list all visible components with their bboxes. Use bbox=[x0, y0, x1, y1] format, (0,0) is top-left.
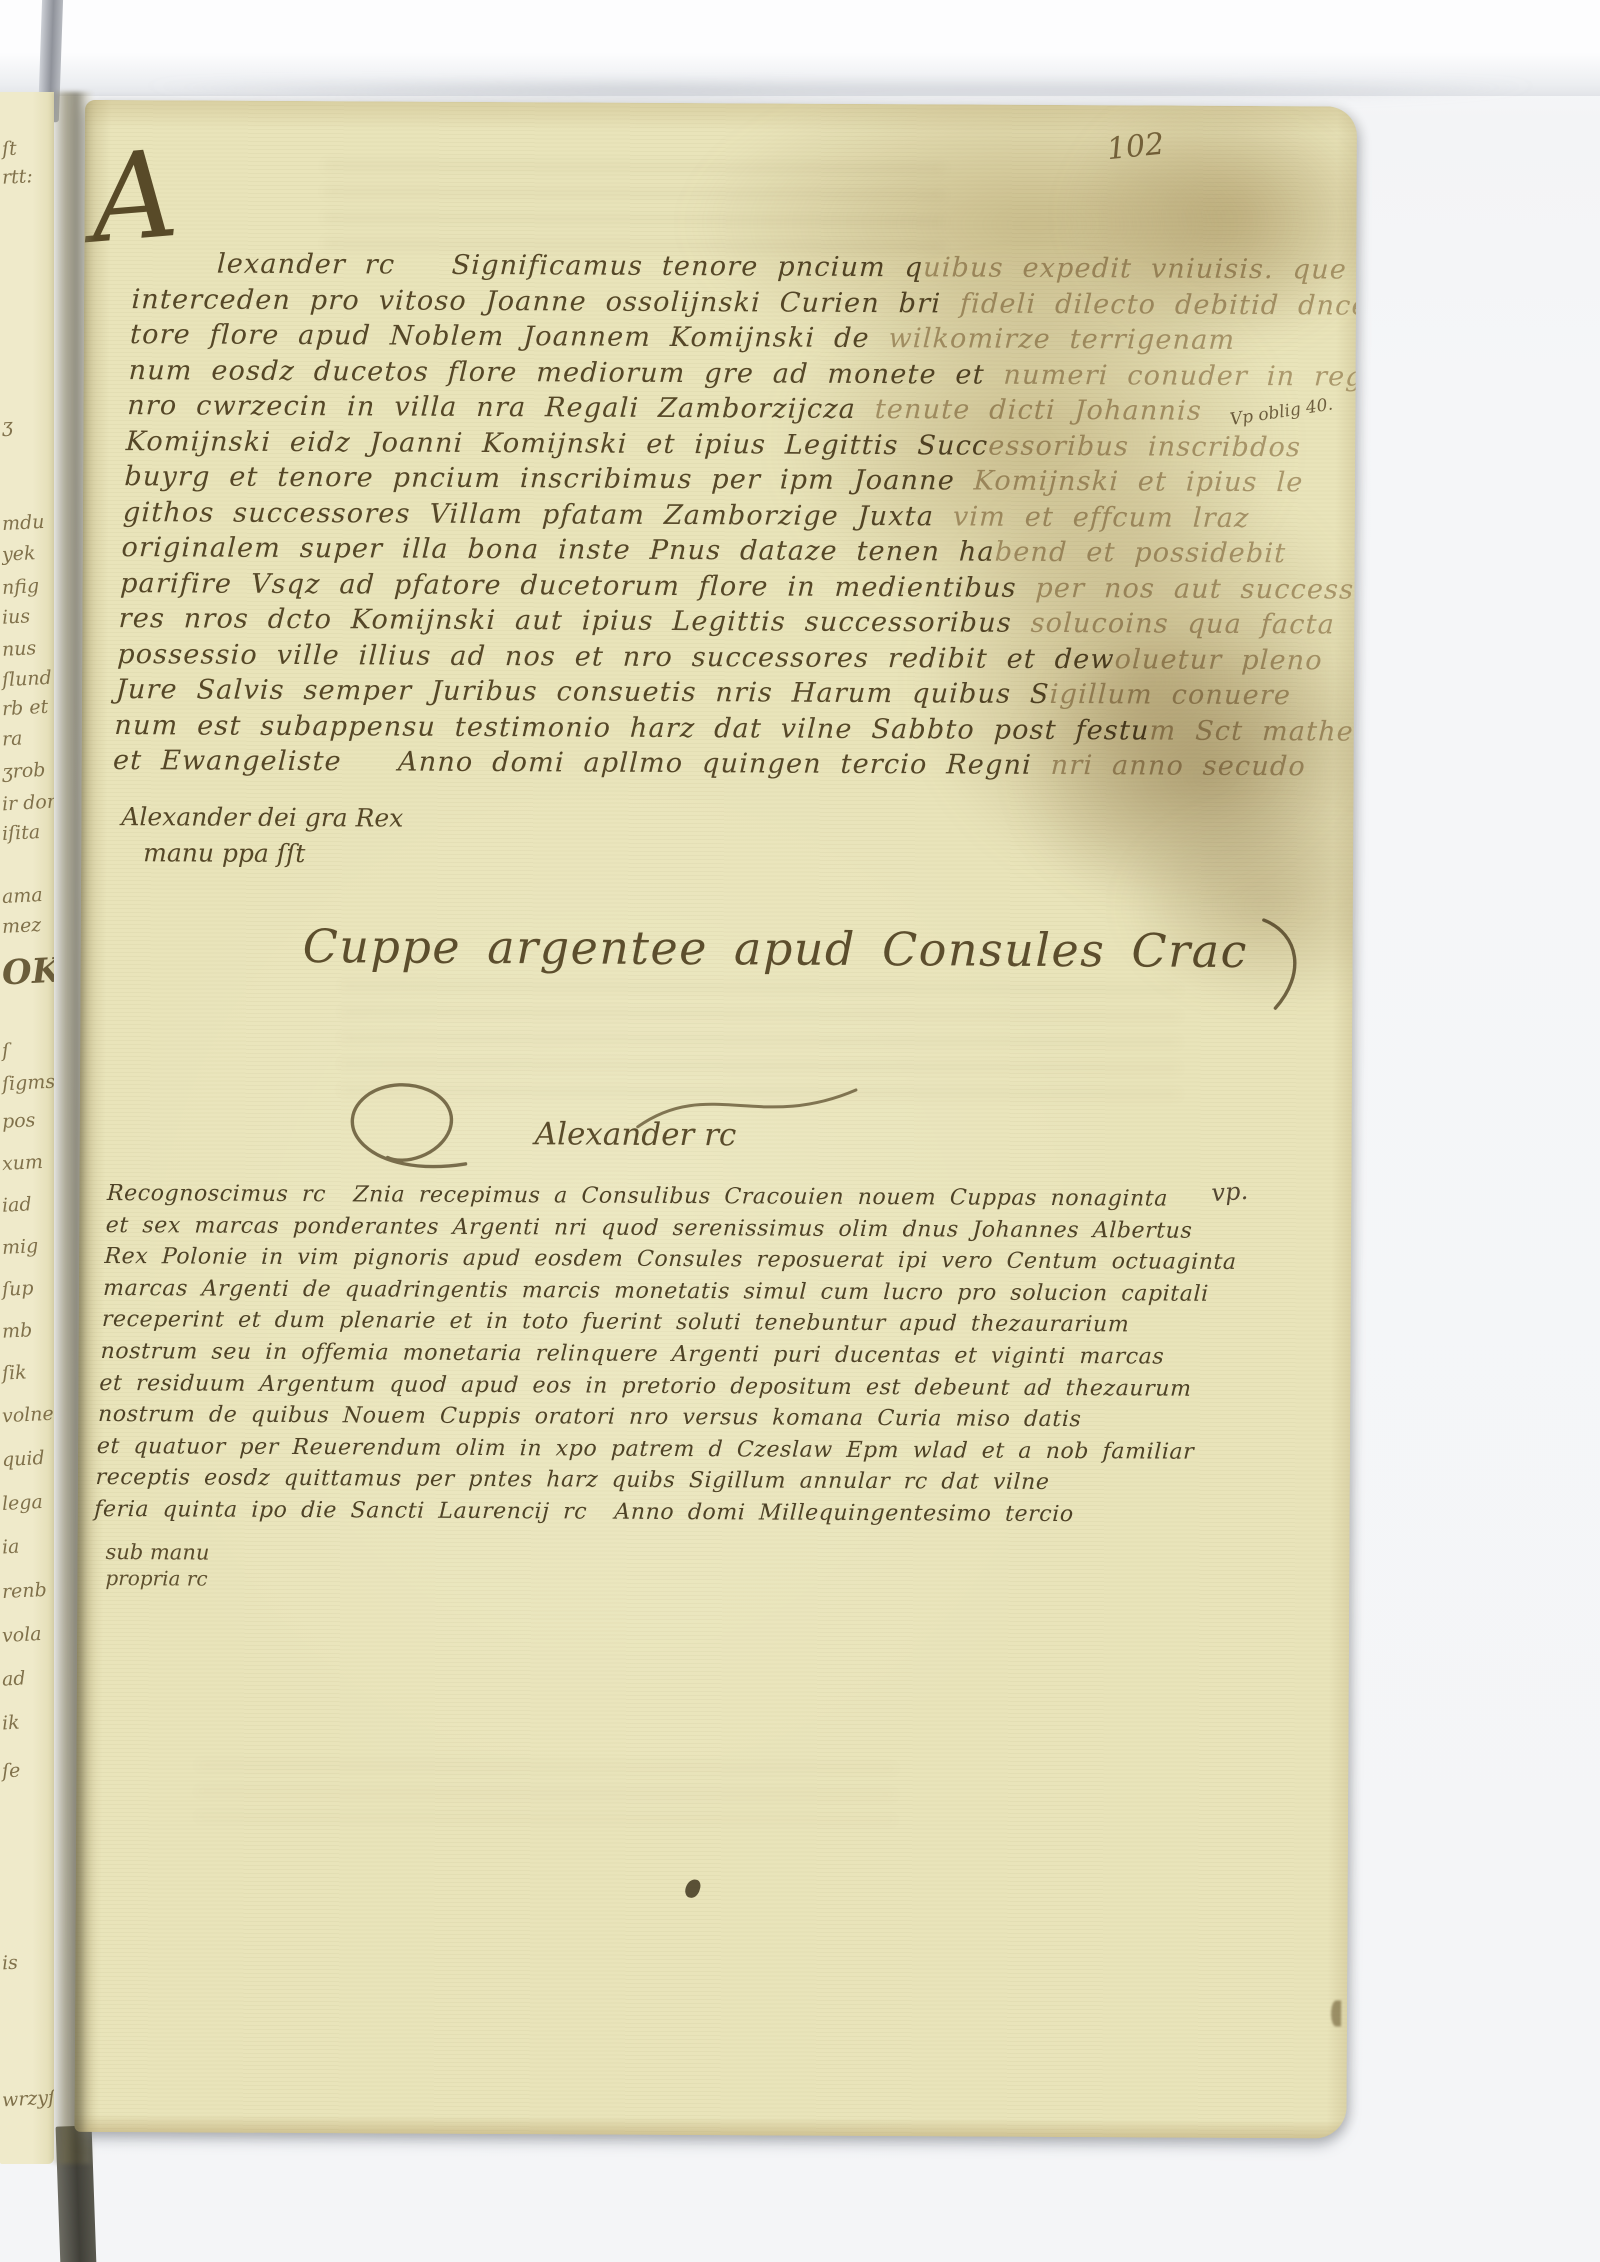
section-heading: Cuppe argentee apud Consules Crac bbox=[302, 919, 1318, 1012]
facing-page-text-fragment: ſt bbox=[1, 138, 17, 161]
facing-page-text-fragment: ſik bbox=[1, 1361, 27, 1384]
line-text: et residuum Argentum quod apud eos in pr… bbox=[99, 1371, 1192, 1402]
ink-blot bbox=[683, 1878, 702, 1900]
facing-page-text-fragment: mb bbox=[1, 1319, 32, 1343]
line-faded-text: per nos aut successo bbox=[1035, 572, 1357, 605]
line-text: buyrg et tenore pncium inscribimus per i… bbox=[124, 461, 975, 496]
line-text: nostrum seu in offemia monetaria relinqu… bbox=[100, 1339, 1165, 1370]
line-text: nostrum de quibus Nouem Cuppis oratori n… bbox=[98, 1402, 1082, 1432]
facing-page-text-fragment: ik bbox=[1, 1712, 20, 1735]
line-text: num est subappensu testimonio harz dat v… bbox=[114, 710, 1150, 746]
line-faded-text: fideli dilecto debitid dncen bbox=[959, 288, 1357, 321]
line-faded-text: essoribus inscribdos bbox=[988, 430, 1302, 463]
facing-page-text-fragment: ir dor bbox=[1, 791, 54, 816]
facing-page-text-fragment: rb et bbox=[1, 696, 48, 720]
line-faded-text: igillum conuere bbox=[1049, 679, 1292, 711]
scanner-top-band bbox=[0, 0, 1600, 96]
facing-page-text-fragment: mdu bbox=[1, 511, 45, 535]
manuscript-line: feria quinta ipo die Sancti Laurencij rc… bbox=[94, 1497, 1227, 1535]
section-heading-text: Cuppe argentee apud Consules Crac bbox=[303, 919, 1248, 978]
book-cradle-rod-bottom bbox=[56, 2125, 97, 2262]
line-faded-text: m Sct mathei apli bbox=[1149, 715, 1357, 748]
line-faded-text: solucoins qua facta bbox=[1030, 608, 1336, 641]
facing-page-text-fragment: is bbox=[1, 1952, 18, 1975]
entry2-closing-propria: propria rc bbox=[105, 1566, 207, 1591]
page-edge-nick bbox=[1331, 2000, 1341, 2026]
facing-page-text-fragment: ſlund bbox=[1, 667, 52, 692]
facing-page-text-fragment: ra bbox=[1, 727, 23, 750]
line-text: possessio ville illius ad nos et nro suc… bbox=[117, 639, 1116, 675]
facing-page-text-fragment: nus bbox=[1, 637, 36, 661]
entry1-initial-capital: A bbox=[86, 135, 182, 262]
facing-page-text-fragment: ad bbox=[1, 1667, 26, 1690]
line-text: marcas Argenti de quadringentis marcis m… bbox=[103, 1276, 1210, 1307]
entry2-closing-sub-manu: sub manu bbox=[105, 1540, 209, 1565]
line-faded-text: nri anno secudo bbox=[1050, 750, 1306, 782]
line-faded-text: bend et possidebit bbox=[994, 537, 1287, 570]
facing-page-text-fragment: ʒrob bbox=[1, 759, 46, 783]
line-faded-text: numeri conuder in rege bbox=[1003, 359, 1357, 392]
line-faded-text: oluetur pleno bbox=[1114, 644, 1323, 676]
heading-flourish-icon bbox=[1254, 916, 1319, 1012]
line-text: Komijnski eidz Joanni Komijnski et ipius… bbox=[125, 426, 989, 462]
entry1-text-block: lexander rc Significamus tenore pncium q… bbox=[112, 248, 1357, 787]
facing-page-text-fragment: yek bbox=[1, 542, 36, 566]
facing-page-strip: ſtrtt:ʒmduyeknfigiusnusſlundrb etraʒrobi… bbox=[0, 92, 54, 2164]
facing-page-text-fragment: quid bbox=[1, 1447, 45, 1471]
page-number: 102 bbox=[1105, 127, 1165, 168]
line-text: githos successores Villam pfatam Zamborz… bbox=[122, 497, 953, 532]
facing-page-text-fragment: lega bbox=[1, 1491, 43, 1515]
facing-page-text-fragment: mig bbox=[1, 1235, 38, 1259]
bleed-through-text bbox=[324, 161, 944, 254]
line-faded-text: Komijnski et ipius le bbox=[973, 466, 1304, 499]
line-text: interceden pro vitoso Joanne ossolijnski… bbox=[131, 284, 961, 319]
line-faded-text: wilkomirze terrigenam bbox=[888, 323, 1236, 356]
facing-page-text-fragment: iſita bbox=[1, 821, 40, 845]
facing-page-text-fragment: ama bbox=[1, 884, 43, 908]
line-text: res nros dcto Komijnski aut ipius Legitt… bbox=[118, 603, 1031, 639]
facing-page-text-fragment: pos bbox=[1, 1109, 35, 1133]
line-text: tore flore apud Noblem Joannem Komijnski… bbox=[130, 319, 890, 354]
entry1-royal-signature: Alexander dei gra Rex bbox=[121, 802, 403, 832]
facing-page-text-fragment: renb bbox=[1, 1579, 47, 1603]
line-faded-text: uibus expedit vniuisis. que bbox=[923, 252, 1348, 285]
facing-page-text-fragment: ſup bbox=[1, 1277, 34, 1301]
facing-page-text-fragment: vola bbox=[1, 1623, 42, 1647]
line-text: originalem super illa bona inste Pnus da… bbox=[121, 532, 995, 568]
line-text: Jure Salvis semper Juribus consuetis nri… bbox=[115, 674, 1050, 710]
entry2-text-block: Recognoscimus rc Znia recepimus a Consul… bbox=[94, 1181, 1240, 1534]
facing-page-text-fragment: nfig bbox=[1, 575, 39, 599]
line-text: receperint et dum plenarie et in toto fu… bbox=[101, 1307, 1129, 1337]
facing-page-text-fragment: ſ bbox=[1, 1040, 9, 1062]
line-text: et quatuor per Reuerendum olim in xpo pa… bbox=[96, 1434, 1194, 1465]
facing-page-text-fragment: ʒ bbox=[1, 415, 13, 438]
line-text: parifire Vsqz ad pfatore ducetorum flore… bbox=[120, 568, 1037, 604]
manuscript-page: 102 Vp oblig 40. vp. A lexander rc Signi… bbox=[74, 100, 1357, 2139]
line-text: receptis eosdz quittamus per pntes harz … bbox=[95, 1465, 1050, 1495]
scanned-manuscript-view: ſtrtt:ʒmduyeknfigiusnusſlundrb etraʒrobi… bbox=[0, 0, 1600, 2262]
facing-page-text-fragment: rtt: bbox=[1, 165, 33, 189]
line-text: Rex Polonie in vim pignoris apud eosdem … bbox=[104, 1244, 1237, 1275]
entry1-signature-manu-propria: manu ppa ſſt bbox=[143, 838, 305, 868]
facing-page-text-fragment: OK bbox=[1, 950, 54, 993]
facing-page-text-fragment: ia bbox=[1, 1536, 20, 1559]
line-text: lexander rc Significamus tenore pncium q bbox=[216, 249, 923, 284]
facing-page-text-fragment: mez bbox=[1, 914, 41, 938]
line-text: num eosdz ducetos flore mediorum gre ad … bbox=[128, 355, 1004, 391]
line-faded-text: tenute dicti Johannis bbox=[874, 394, 1202, 427]
facing-page-text-fragment: wrzyſ bbox=[1, 2087, 54, 2112]
bleed-through-text bbox=[196, 1761, 896, 1825]
facing-page-text-fragment: xum bbox=[1, 1151, 43, 1175]
line-text: et sex marcas ponderantes Argenti nri qu… bbox=[105, 1213, 1193, 1244]
facing-page-text-fragment: ſigms bbox=[1, 1071, 54, 1096]
facing-page-text-fragment: ſe bbox=[1, 1760, 20, 1783]
line-text: Recognoscimus rc Znia recepimus a Consul… bbox=[107, 1181, 1169, 1212]
facing-page-text-fragment: volne bbox=[1, 1403, 54, 1428]
entry2-subheading: Alexander rc bbox=[535, 1116, 737, 1153]
line-text: feria quinta ipo die Sancti Laurencij rc… bbox=[94, 1497, 1074, 1527]
manuscript-line: et Ewangeliste Anno domi apllmo quingen … bbox=[112, 745, 1357, 787]
line-faded-text: vim et effcum lraz bbox=[952, 501, 1250, 534]
facing-page-text-fragment: ius bbox=[1, 605, 30, 628]
line-text: et Ewangeliste Anno domi apllmo quingen … bbox=[112, 745, 1051, 781]
line-text: nro cwrzecin in villa nra Regali Zamborz… bbox=[127, 390, 876, 425]
facing-page-text-fragment: iad bbox=[1, 1193, 32, 1217]
